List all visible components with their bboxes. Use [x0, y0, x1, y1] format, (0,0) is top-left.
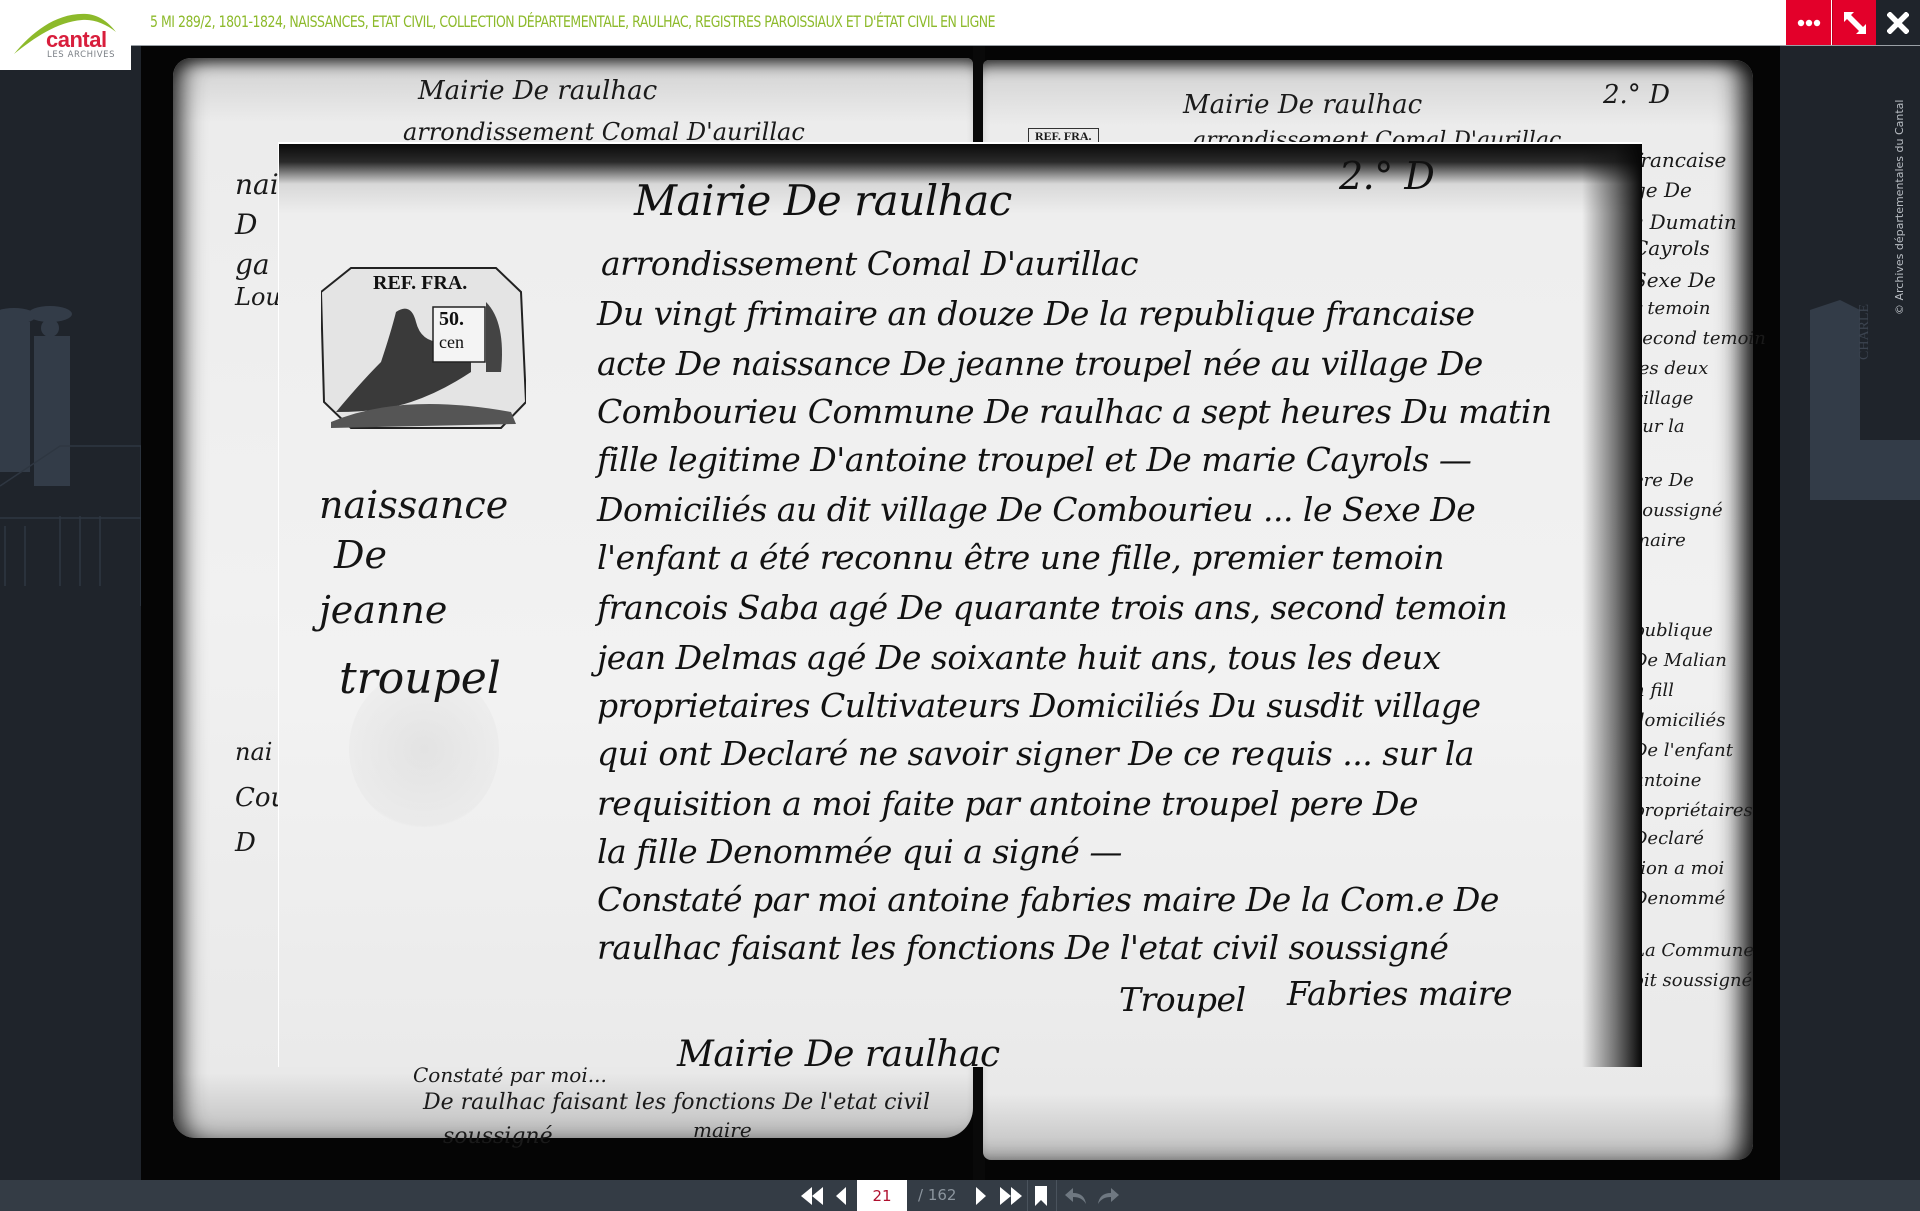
more-options-button[interactable]: [1786, 0, 1831, 45]
previous-page-button[interactable]: [830, 1180, 852, 1211]
redo-icon: [1096, 1187, 1120, 1205]
left-footer-line: soussigné: [443, 1124, 553, 1149]
more-icon: [1797, 19, 1821, 27]
king-charles-illustration-icon: CHARLE: [1800, 300, 1920, 540]
record-line: Domiciliés au dit village De Combourieu …: [597, 490, 1475, 529]
record-line: requisition a moi faite par antoine trou…: [597, 784, 1418, 823]
right-margin-fragment: francaise: [1633, 148, 1726, 172]
stamp-unit: cen: [439, 332, 464, 353]
total-pages: / 162: [918, 1186, 956, 1204]
toolbar-divider: [1027, 1180, 1028, 1211]
fullscreen-button[interactable]: [1832, 0, 1877, 45]
right-margin-fragment: tion a moi: [1633, 858, 1724, 879]
right-margin-fragment: s Dumatin: [1633, 210, 1737, 234]
left-footer-line: maire: [693, 1118, 752, 1142]
record-line: l'enfant a été reconnu être une fille, p…: [597, 538, 1444, 577]
right-margin-fragment: Denommé: [1633, 888, 1725, 909]
undo-button[interactable]: [1062, 1180, 1090, 1211]
record-line: proprietaires Cultivateurs Domiciliés Du…: [597, 686, 1481, 725]
record-line: Combourieu Commune De raulhac a sept heu…: [597, 392, 1552, 431]
cantal-archives-logo[interactable]: cantal LES ARCHIVES: [0, 0, 131, 70]
caret-left-icon: [835, 1187, 847, 1205]
left-margin-fragment: Lou: [235, 283, 281, 311]
left-margin-fragment: D: [235, 828, 256, 858]
bookmark-icon: [1035, 1186, 1047, 1206]
record-line: raulhac faisant les fonctions De l'etat …: [597, 928, 1448, 967]
right-margin-fragment: r temoin: [1633, 298, 1710, 319]
logo-subtitle: LES ARCHIVES: [47, 50, 115, 60]
right-margin-fragment: Cayrols: [1633, 236, 1710, 260]
right-margin-fragment: antoine: [1633, 770, 1701, 791]
right-margin-fragment: les deux: [1633, 358, 1708, 379]
record-line: Du vingt frimaire an douze De la republi…: [597, 294, 1475, 333]
next-entry-header: Mairie De raulhac: [677, 1034, 1000, 1067]
seal-impression: [349, 669, 499, 829]
toolbar-divider: [1056, 1180, 1057, 1211]
historical-figures-illustration-icon: [0, 286, 141, 606]
document-title: 5 MI 289/2, 1801-1824, NAISSANCES, ETAT …: [150, 12, 995, 31]
record-line: la fille Denommée qui a signé —: [597, 832, 1122, 871]
archive-viewer: 5 MI 289/2, 1801-1824, NAISSANCES, ETAT …: [0, 0, 1920, 1211]
close-icon: [1887, 12, 1909, 34]
margin-note-line: jeanne: [319, 589, 447, 633]
signature-mayor: Fabries maire: [1287, 974, 1512, 1013]
left-margin-fragment: ga: [235, 248, 270, 281]
mairie-header: Mairie De raulhac: [634, 176, 1012, 225]
margin-note-line: naissance: [319, 484, 508, 528]
bookmark-button[interactable]: [1032, 1180, 1050, 1211]
right-margin-fragment: De Malian: [1633, 650, 1727, 671]
record-line: arrondissement Comal D'aurillac: [601, 244, 1138, 283]
right-margin-fragment: Declaré: [1633, 828, 1704, 849]
right-margin-fragment: ere De: [1633, 470, 1694, 491]
record-line: qui ont Declaré ne savoir signer De ce r…: [597, 734, 1474, 773]
record-line: francois Saba agé De quarante trois ans,…: [597, 588, 1507, 627]
right-margin-fragment: publique: [1633, 620, 1713, 641]
right-margin-fragment: second temoin: [1633, 328, 1766, 349]
page-number-input[interactable]: [857, 1180, 907, 1211]
right-margin-fragment: domiciliés: [1633, 710, 1725, 731]
stamp-value: 50.: [439, 308, 464, 331]
magnifier-inset[interactable]: REF. FRA. 50. cen 2.° D Mairie De raulha…: [278, 142, 1642, 1067]
right-page-header: Mairie De raulhac: [1183, 90, 1422, 120]
caret-right-icon: [975, 1187, 987, 1205]
fullscreen-icon: [1842, 10, 1868, 36]
pagination-toolbar: / 162: [0, 1180, 1920, 1211]
right-page-folio: 2.° D: [1603, 80, 1670, 110]
left-margin-fragment: nai: [235, 738, 272, 766]
last-page-button[interactable]: [997, 1180, 1025, 1211]
stamp-label: REF. FRA.: [373, 272, 467, 295]
first-page-button[interactable]: [798, 1180, 826, 1211]
next-page-button[interactable]: [970, 1180, 992, 1211]
record-line: acte De naissance De jeanne troupel née …: [597, 344, 1483, 383]
right-margin-fragment: oit soussigné: [1633, 970, 1752, 991]
redo-button[interactable]: [1094, 1180, 1122, 1211]
revenue-stamp: REF. FRA. 50. cen: [321, 262, 526, 434]
copyright-notice: © Archives départementales du Cantal: [1893, 100, 1906, 315]
folio-number: 2.° D: [1339, 154, 1434, 198]
right-margin-fragment: Sexe De: [1633, 268, 1716, 292]
rewind-icon: [800, 1187, 824, 1205]
record-line: fille legitime D'antoine troupel et De m…: [597, 440, 1471, 479]
left-margin-fragment: nai: [235, 168, 279, 201]
left-footer-line: De raulhac faisant les fonctions De l'et…: [423, 1090, 930, 1115]
signature-troupel: Troupel: [1119, 980, 1246, 1019]
inset-page-edge: [1582, 144, 1642, 1067]
margin-note-line: De: [334, 534, 387, 578]
close-button[interactable]: [1876, 0, 1920, 45]
left-page-header: Mairie De raulhac: [418, 76, 657, 106]
top-bar: 5 MI 289/2, 1801-1824, NAISSANCES, ETAT …: [0, 0, 1920, 46]
right-margin-fragment: La Commune: [1633, 940, 1754, 961]
record-line: Constaté par moi antoine fabries maire D…: [597, 880, 1499, 919]
left-margin-fragment: D: [235, 208, 257, 241]
right-margin-fragment: village: [1633, 388, 1693, 409]
record-line: jean Delmas agé De soixante huit ans, to…: [597, 638, 1441, 677]
svg-text:CHARLE: CHARLE: [1857, 304, 1872, 360]
left-background-panel: [0, 46, 141, 1180]
undo-icon: [1064, 1187, 1088, 1205]
fast-forward-icon: [999, 1187, 1023, 1205]
right-margin-fragment: soussigné: [1633, 500, 1723, 521]
right-margin-fragment: propriétaires: [1633, 800, 1753, 821]
right-margin-fragment: De l'enfant: [1633, 740, 1733, 761]
